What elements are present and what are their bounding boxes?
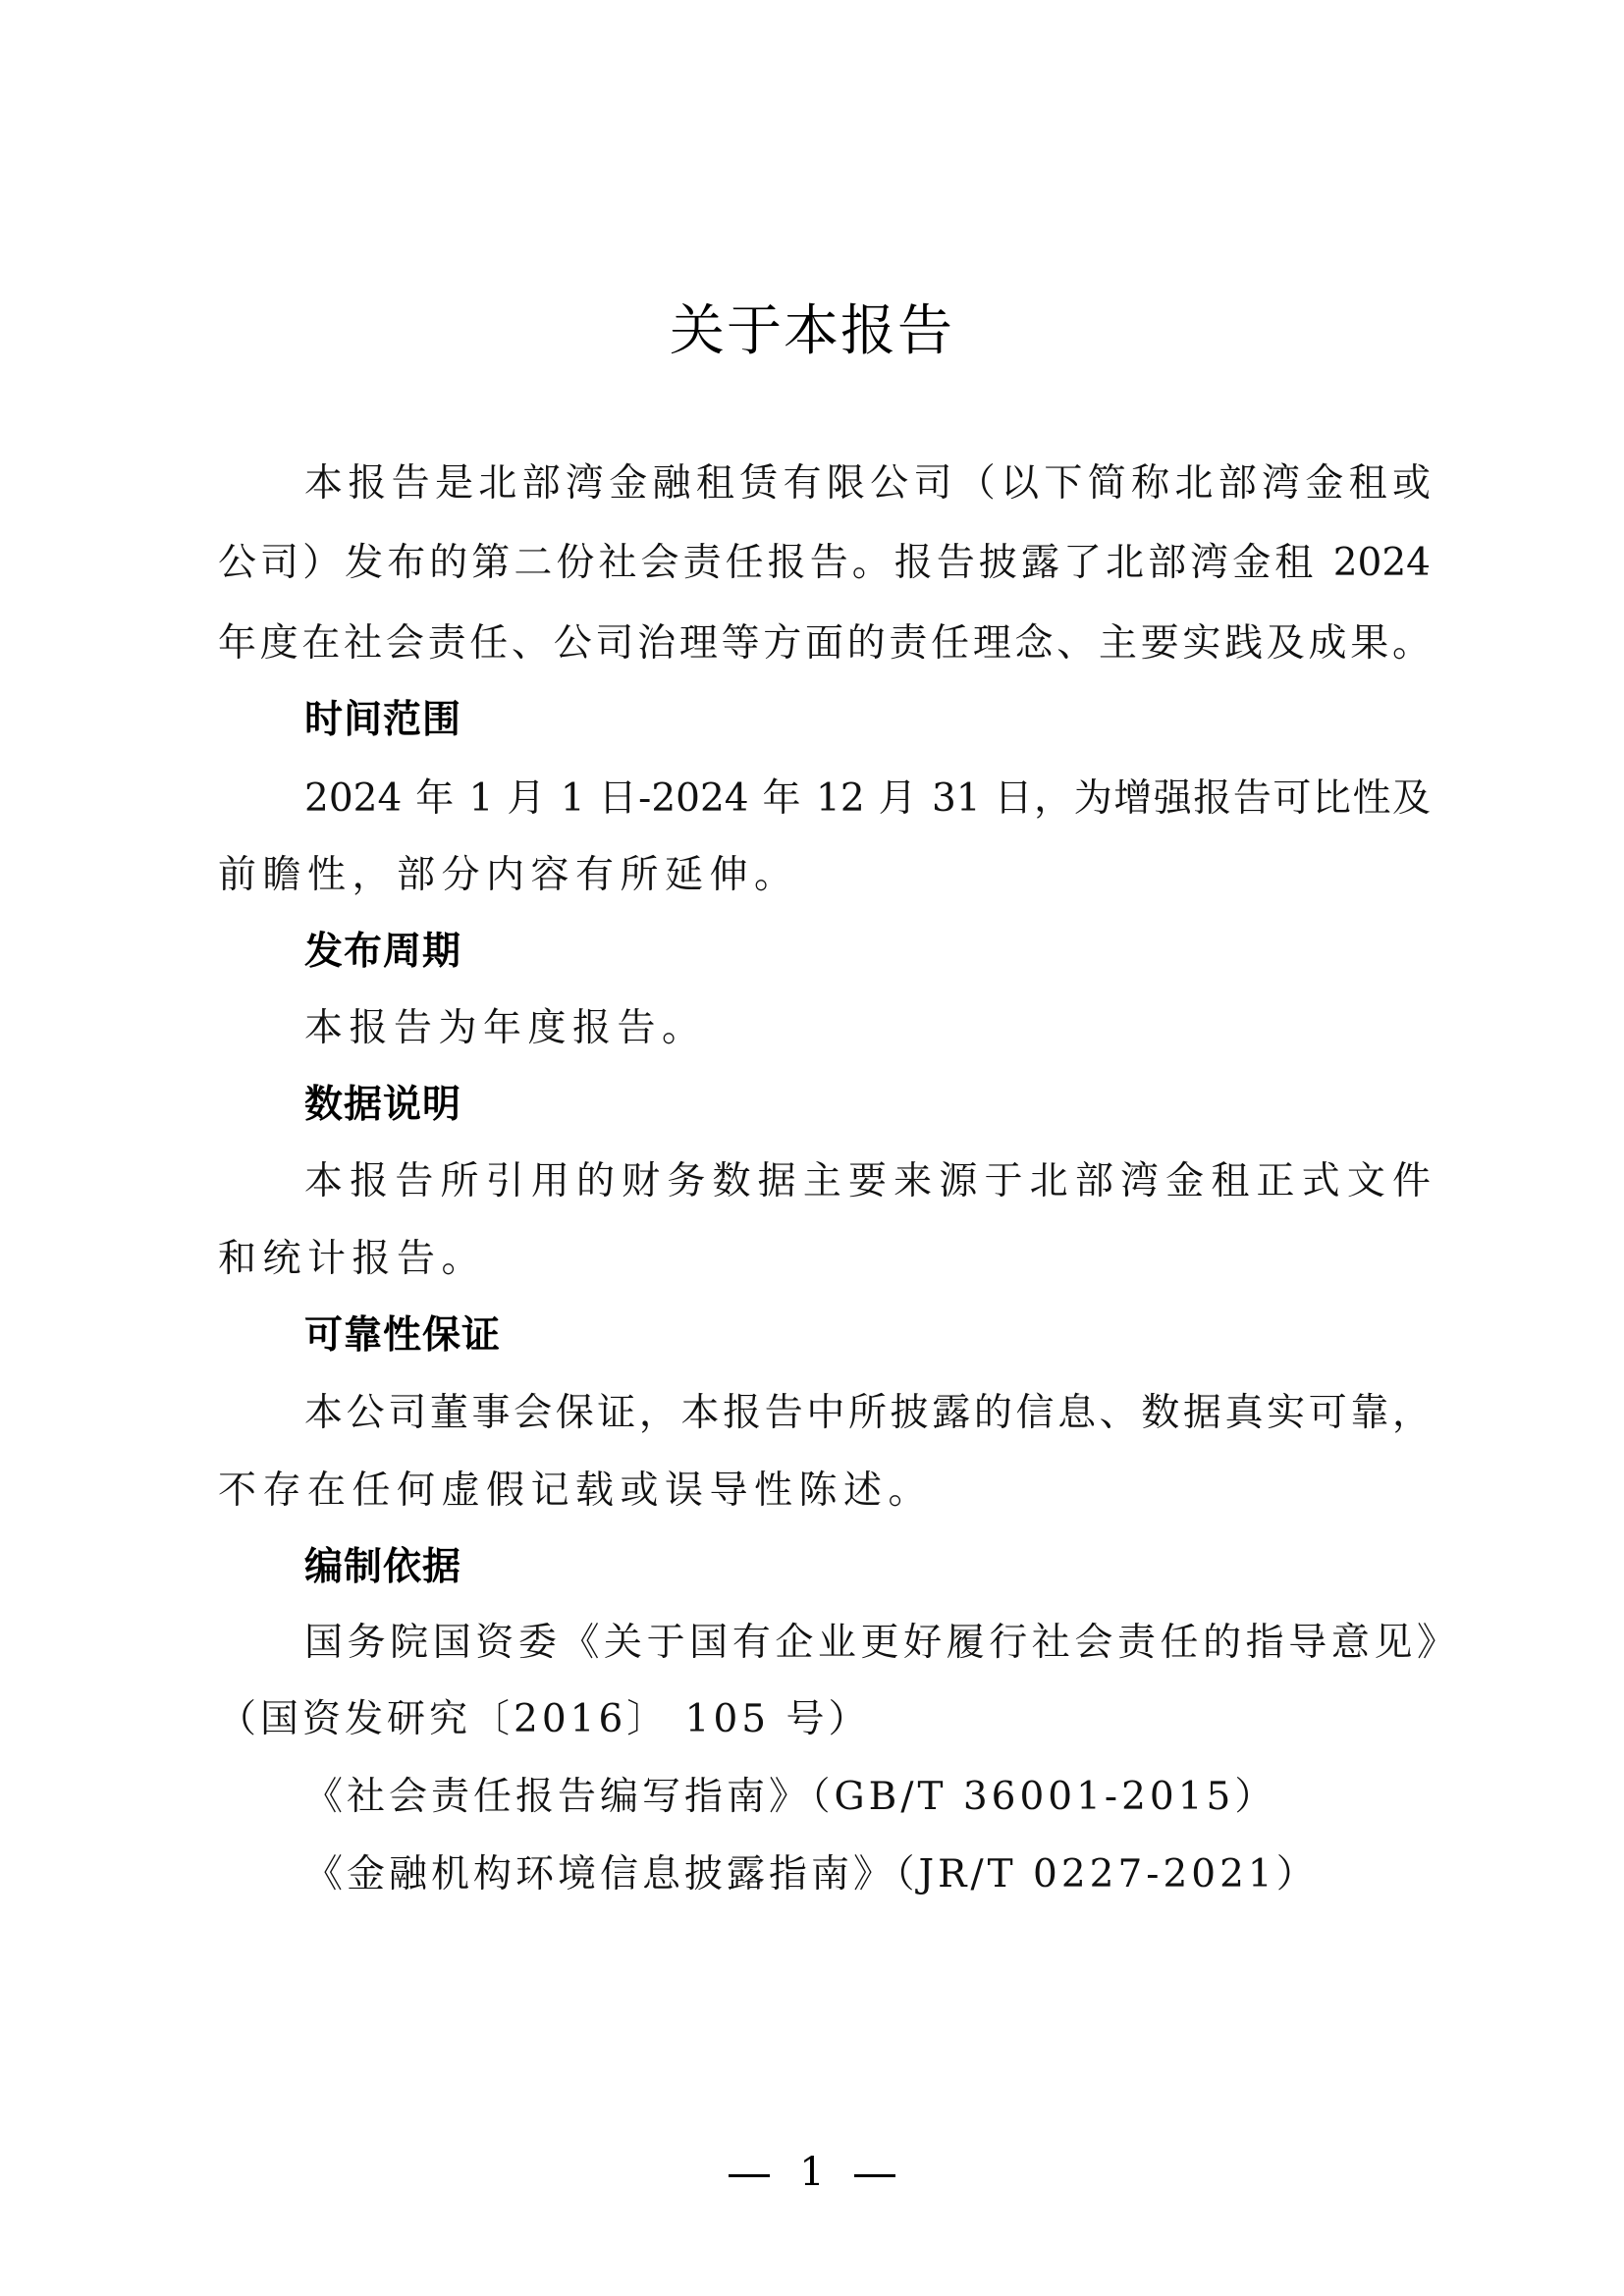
document-page: 关于本报告 本报告是北部湾金融租赁有限公司（以下简称北部湾金租或 公司）发布的第…: [0, 0, 1624, 2296]
time-range-line-2: 前瞻性，部分内容有所延伸。: [218, 846, 1431, 905]
page-title: 关于本报告: [0, 294, 1624, 369]
section-heading-reliability: 可靠性保证: [304, 1307, 501, 1365]
section-heading-release-cycle: 发布周期: [304, 923, 461, 982]
reliability-line-1: 本公司董事会保证，本报告中所披露的信息、数据真实可靠，: [304, 1384, 1431, 1443]
release-cycle-line-1: 本报告为年度报告。: [304, 999, 1431, 1058]
intro-line-3: 年度在社会责任、公司治理等方面的责任理念、主要实践及成果。: [218, 614, 1431, 673]
basis-line-4: 《金融机构环境信息披露指南》（JR/T 0227-2021）: [304, 1845, 1431, 1904]
dash-left-icon: [729, 2174, 770, 2177]
basis-line-1: 国务院国资委《关于国有企业更好履行社会责任的指导意见》: [304, 1614, 1455, 1673]
data-description-line-2: 和统计报告。: [218, 1230, 1431, 1289]
section-heading-time-range: 时间范围: [304, 691, 461, 750]
section-heading-data-description: 数据说明: [304, 1076, 461, 1135]
basis-line-2: （国资发研究〔2016〕 105 号）: [218, 1690, 1431, 1749]
time-range-line-1: 2024 年 1 月 1 日-2024 年 12 月 31 日，为增强报告可比性…: [304, 770, 1431, 828]
page-number: 1: [0, 2145, 1624, 2200]
reliability-line-2: 不存在任何虚假记载或误导性陈述。: [218, 1462, 1431, 1521]
dash-right-icon: [854, 2174, 895, 2177]
data-description-line-1: 本报告所引用的财务数据主要来源于北部湾金租正式文件: [304, 1152, 1431, 1211]
intro-line-2: 公司）发布的第二份社会责任报告。报告披露了北部湾金租 2024: [218, 534, 1431, 593]
basis-line-3: 《社会责任报告编写指南》（GB/T 36001-2015）: [304, 1768, 1431, 1827]
intro-line-1: 本报告是北部湾金融租赁有限公司（以下简称北部湾金租或: [304, 454, 1431, 513]
section-heading-basis: 编制依据: [304, 1538, 461, 1597]
page-number-value: 1: [799, 2150, 824, 2195]
